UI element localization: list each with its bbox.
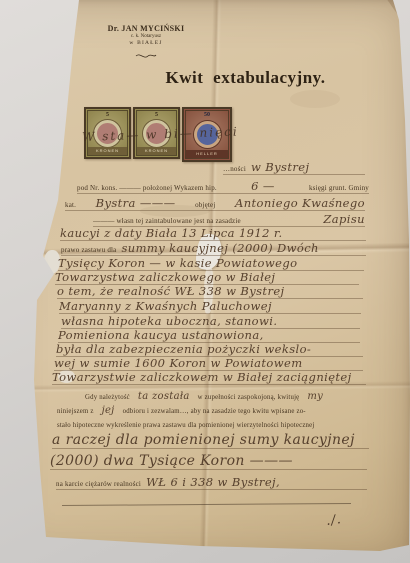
paper-shading — [0, 0, 410, 563]
document-paper: Dr. JAN MYCIŃSKI c. k. Notaryusz w BIAŁE… — [0, 0, 410, 563]
photo-background: Dr. JAN MYCIŃSKI c. k. Notaryusz w BIAŁE… — [0, 0, 410, 563]
